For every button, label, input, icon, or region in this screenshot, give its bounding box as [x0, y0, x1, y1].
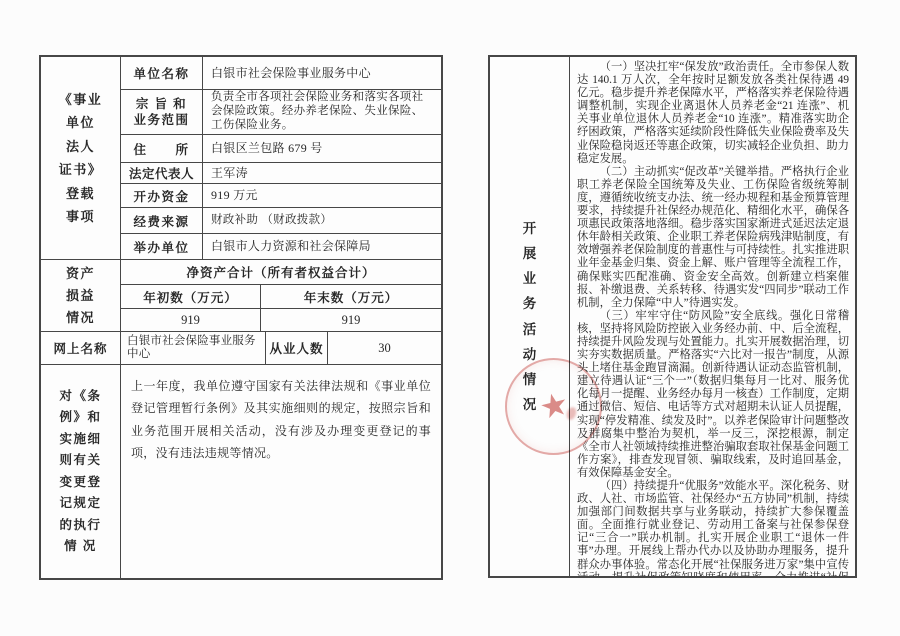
field-value-funding: 财政补助 （财政拨款）: [203, 208, 441, 233]
field-value-unit-name: 白银市社会保险事业服务中心: [203, 57, 441, 89]
activities-report: （一）坚决扛牢“保发放”政治责任。全市参保人数达 140.1 万人次，全年按时足…: [570, 57, 855, 576]
field-row-organizer: 举办单位 白银市人力资源和社会保障局: [121, 234, 441, 259]
title-line: 证书》: [59, 158, 103, 182]
field-label-funding: 经费来源: [121, 208, 203, 233]
compliance-statement: 上一年度，我单位遵守国家有关法律法规和《事业单位登记管理暂行条例》及其实施细则的…: [121, 365, 441, 578]
title-line: 法人: [66, 135, 95, 159]
compliance-section: 对《条 例》和 实施细 则有关 变更登 记规定 的执行 情 况 上一年度，我单位…: [41, 365, 441, 578]
title-line: 变更登: [59, 472, 101, 494]
assets-column-headers: 年初数（万元） 年末数（万元）: [121, 285, 441, 309]
title-line: 则有关: [59, 450, 101, 472]
title-line: 登载: [66, 182, 95, 206]
activity-paragraph-2: （二）主动抓实“促改革”关键举措。严格执行企业职工养老保险全国统筹及失业、工伤保…: [577, 166, 849, 310]
title-line: 例》和: [59, 407, 101, 429]
assets-table: 净资产合计（所有者权益合计） 年初数（万元） 年末数（万元） 919 919: [121, 260, 441, 331]
activity-paragraph-3: （三）牢牢守住“防风险”安全底线。强化日常稽核，坚持将风险防控嵌入业务经办前、中…: [577, 310, 849, 480]
net-assets-header: 净资产合计（所有者权益合计）: [121, 260, 441, 285]
year-begin-value: 919: [121, 309, 261, 331]
online-name-label: 网上名称: [41, 332, 121, 364]
field-label-line: 宗 旨 和: [136, 96, 187, 112]
title-line: 实施细: [59, 429, 101, 451]
title-line: 单位: [66, 111, 95, 135]
field-value-organizer: 白银市人力资源和社会保障局: [203, 234, 441, 259]
field-row-mission: 宗 旨 和 业务范围 负责全市各项社会保险业务和落实各项社会保险政策。经办养老保…: [121, 90, 441, 135]
certificate-fields: 单位名称 白银市社会保险事业服务中心 宗 旨 和 业务范围 负责全市各项社会保险…: [121, 57, 441, 259]
staff-count-label: 从业人数: [266, 332, 328, 364]
title-line: 事项: [66, 205, 95, 229]
field-row-unit-name: 单位名称 白银市社会保险事业服务中心: [121, 57, 441, 90]
title-char: 况: [523, 392, 537, 417]
field-label-organizer: 举办单位: [121, 234, 203, 259]
certificate-section-title: 《事业 单位 法人 证书》 登载 事项: [41, 57, 121, 259]
year-begin-header: 年初数（万元）: [121, 285, 261, 308]
title-line: 的执行: [59, 515, 101, 537]
field-value-mission: 负责全市各项社会保险业务和落实各项社会保险政策。经办养老保险、失业保险、工伤保险…: [203, 90, 441, 134]
field-label-capital: 开办资金: [121, 184, 203, 207]
title-line: 情 况: [64, 536, 97, 558]
title-line: 情况: [66, 307, 95, 329]
title-char: 务: [523, 291, 537, 316]
year-end-value: 919: [261, 309, 441, 331]
activity-paragraph-1: （一）坚决扛牢“保发放”政治责任。全市参保人数达 140.1 万人次，全年按时足…: [577, 61, 849, 166]
right-page-table: 开 展 业 务 活 动 情 况 （一）坚决扛牢“保发放”政治责任。全市参保人数达…: [488, 55, 857, 578]
activities-section-title: 开 展 业 务 活 动 情 况: [490, 57, 570, 576]
field-row-capital: 开办资金 919 万元: [121, 184, 441, 208]
title-char: 业: [523, 266, 537, 291]
compliance-section-title: 对《条 例》和 实施细 则有关 变更登 记规定 的执行 情 况: [41, 365, 121, 578]
field-row-funding: 经费来源 财政补助 （财政拨款）: [121, 208, 441, 234]
assets-section: 资产 损益 情况 净资产合计（所有者权益合计） 年初数（万元） 年末数（万元） …: [41, 260, 441, 332]
field-value-address: 白银区兰包路 679 号: [203, 135, 441, 162]
field-row-address: 住 所 白银区兰包路 679 号: [121, 135, 441, 163]
assets-values-row: 919 919: [121, 309, 441, 331]
field-label-address: 住 所: [121, 135, 203, 162]
title-char: 动: [523, 342, 537, 367]
field-label-unit-name: 单位名称: [121, 57, 203, 89]
staff-count-value: 30: [328, 332, 441, 364]
online-name-row: 网上名称 白银市社会保险事业服务中心 从业人数 30: [41, 332, 441, 365]
field-value-legal-rep: 王军涛: [203, 163, 441, 183]
field-label-legal-rep: 法定代表人: [121, 163, 203, 183]
assets-section-title: 资产 损益 情况: [41, 260, 121, 331]
field-value-capital: 919 万元: [203, 184, 441, 207]
title-char: 活: [523, 317, 537, 342]
title-line: 对《条: [59, 386, 101, 408]
field-row-legal-rep: 法定代表人 王军涛: [121, 163, 441, 184]
field-label-line: 业务范围: [133, 112, 189, 128]
scanned-document: 《事业 单位 法人 证书》 登载 事项 单位名称 白银市社会保险事业服务中心 宗…: [0, 0, 900, 636]
title-char: 情: [523, 367, 537, 392]
title-char: 展: [523, 241, 537, 266]
certificate-items-section: 《事业 单位 法人 证书》 登载 事项 单位名称 白银市社会保险事业服务中心 宗…: [41, 57, 441, 260]
title-line: 《事业: [59, 88, 103, 112]
activity-paragraph-4: （四）持续提升“优服务”效能水平。深化税务、财政、人社、市场监管、社保经办“五方…: [577, 480, 849, 576]
title-line: 记规定: [59, 493, 101, 515]
year-end-header: 年末数（万元）: [261, 285, 441, 308]
left-page-table: 《事业 单位 法人 证书》 登载 事项 单位名称 白银市社会保险事业服务中心 宗…: [39, 55, 443, 580]
title-line: 损益: [66, 285, 95, 307]
online-name-value: 白银市社会保险事业服务中心: [121, 332, 266, 364]
field-label-mission: 宗 旨 和 业务范围: [121, 90, 203, 134]
title-line: 资产: [66, 263, 95, 285]
title-char: 开: [523, 216, 537, 241]
